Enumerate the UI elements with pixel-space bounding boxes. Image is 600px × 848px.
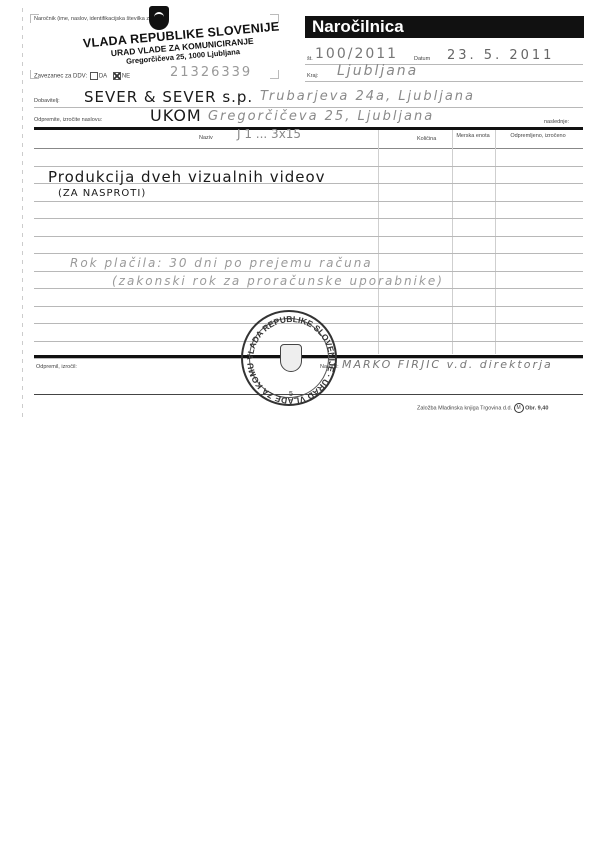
footer-publisher: Založba Mladinska knjiga Trgovina d.d. — [417, 405, 512, 411]
supplier-name-field[interactable]: SEVER & SEVER s.p. — [84, 88, 253, 106]
ship-to-name-field[interactable]: UKOM — [150, 106, 202, 125]
following-label: naslednje: — [544, 119, 569, 125]
form-title: Naročilnica — [305, 16, 584, 38]
date-field[interactable]: 23. 5. 2011 — [447, 48, 554, 63]
footer-code: Obr. 9,40 — [525, 405, 548, 411]
date-label: Datum — [414, 56, 430, 62]
vat-yes-checkbox[interactable] — [90, 72, 98, 80]
column-header-quantity: Količina — [417, 136, 436, 142]
vat-number[interactable]: 21326339 — [170, 65, 252, 80]
supplier-label: Dobavitelj: — [34, 98, 60, 104]
order-form-sheet: Naročnik (ime, naslov, identifikacijska … — [22, 8, 585, 418]
vat-row: Zavezanec za DDV: DA NE — [34, 72, 130, 80]
supplier-address-field[interactable]: Trubarjeva 24a, Ljubljana — [260, 89, 475, 104]
shipped-label: Odpremil, izročil: — [36, 364, 77, 370]
divider — [305, 81, 583, 82]
line-item-text[interactable]: (ZA NASPROTI) — [58, 188, 146, 199]
vat-yes-label: DA — [99, 74, 107, 80]
column-header-unit: Merska enota — [454, 133, 492, 139]
row-line — [34, 288, 583, 289]
row-line — [34, 306, 583, 307]
column-divider — [452, 130, 453, 354]
divider — [34, 107, 583, 108]
ship-to-address-field[interactable]: Gregorčičeva 25, Ljubljana — [208, 109, 434, 124]
row-line — [34, 166, 583, 167]
row-line — [34, 253, 583, 254]
stamp-ring-text: VLADA REPUBLIKE SLOVENIJE · URAD VLADE Z… — [243, 312, 339, 408]
column-divider — [378, 130, 379, 354]
column-divider — [495, 130, 496, 354]
svg-text:5: 5 — [289, 391, 293, 398]
signature: MARKO FIRJIC v.d. direktorja — [342, 358, 553, 371]
publisher-logo-icon: M — [514, 403, 524, 413]
name-column-note: J 1 ... 3x15 — [237, 127, 301, 141]
place-label: Kraj: — [307, 73, 318, 79]
line-item-text[interactable]: Produkcija dveh vizualnih videov — [48, 168, 326, 186]
table-top-border — [34, 127, 583, 130]
line-item-text[interactable]: Rok plačila: 30 dni po prejemu računa — [70, 256, 373, 270]
row-line — [34, 271, 583, 272]
header-divider — [34, 148, 583, 149]
row-line — [34, 218, 583, 219]
vat-no-checkbox[interactable] — [113, 72, 121, 80]
coat-of-arms-icon — [149, 6, 169, 30]
official-round-stamp: VLADA REPUBLIKE SLOVENIJE · URAD VLADE Z… — [241, 310, 337, 406]
place-field[interactable]: Ljubljana — [337, 63, 418, 79]
column-header-delivered: Odpremljeno, izročeno — [500, 133, 576, 139]
row-line — [34, 236, 583, 237]
column-header-name: Naziv — [199, 135, 213, 141]
left-perforation — [22, 8, 23, 418]
row-line — [34, 201, 583, 202]
corner-mark — [270, 70, 279, 79]
number-field[interactable]: 100/2011 — [315, 46, 398, 62]
government-stamp: VLADA REPUBLIKE SLOVENIJE URAD VLADE ZA … — [61, 18, 303, 72]
vat-no-label: NE — [122, 74, 130, 80]
number-label: št. — [307, 56, 313, 62]
ship-to-label: Odpremite, izročite naslovu: — [34, 117, 102, 123]
line-item-text[interactable]: (zakonski rok za proračunske uporabnike) — [112, 274, 444, 288]
footer: Založba Mladinska knjiga Trgovina d.d. M… — [417, 403, 548, 413]
vat-liable-label: Zavezanec za DDV: — [34, 74, 87, 80]
